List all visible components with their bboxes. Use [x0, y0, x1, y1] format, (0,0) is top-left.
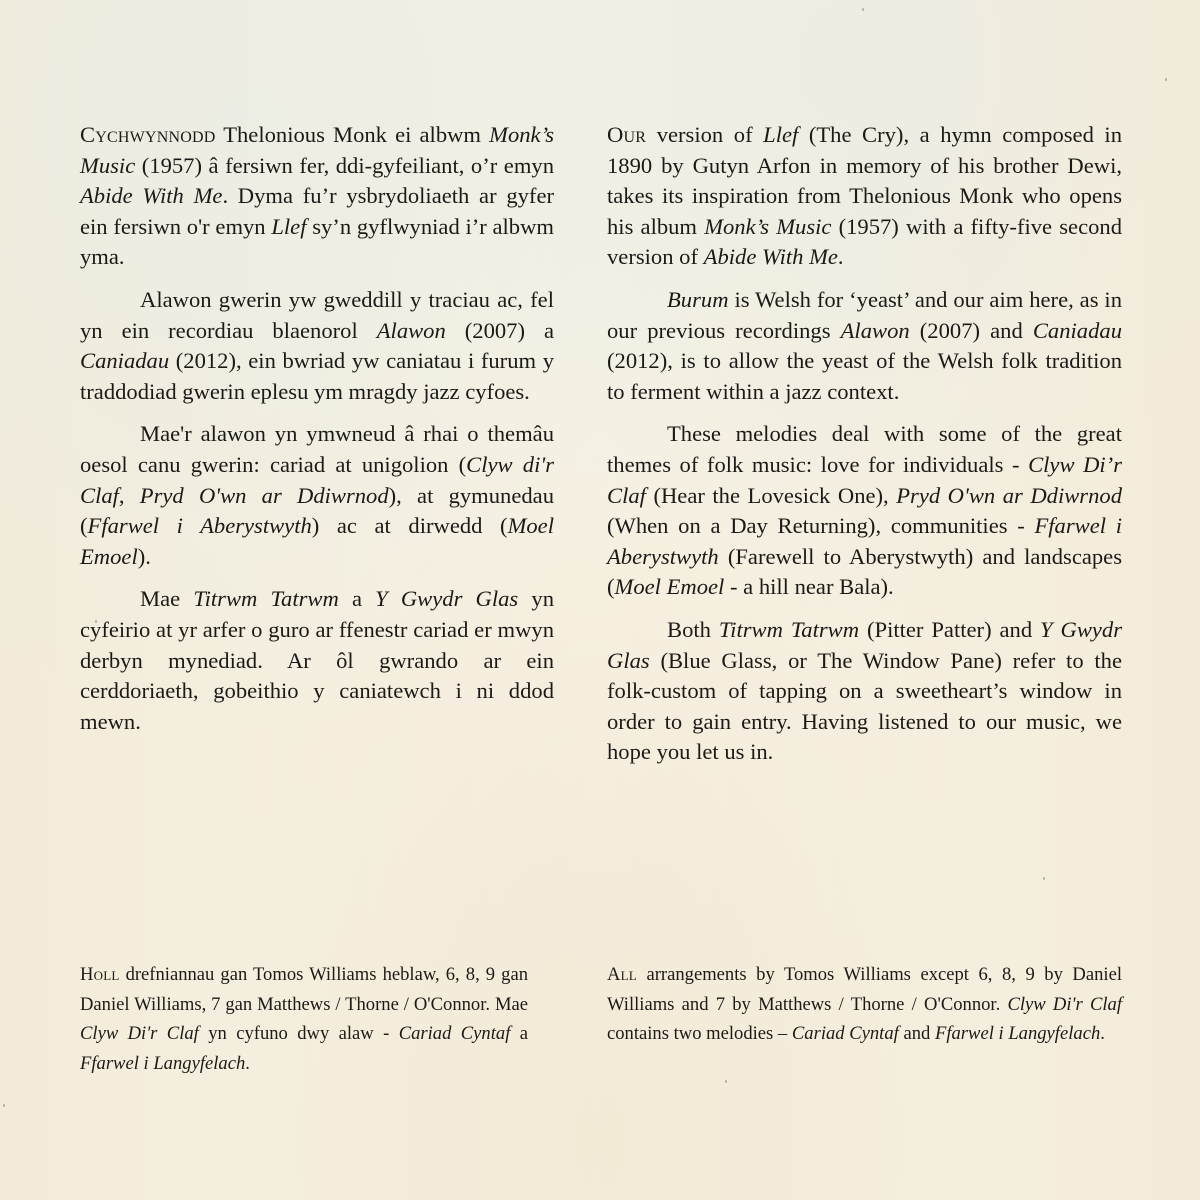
title-italic: Clyw Di'r Claf: [80, 1023, 199, 1044]
english-paragraph-1: Our version of Llef (The Cry), a hymn co…: [607, 120, 1122, 273]
english-credits-text: All arrangements by Tomos Williams excep…: [607, 960, 1122, 1049]
lead-in-small-caps: Our: [607, 122, 646, 147]
title-italic: Y Gwydr Glas: [375, 586, 518, 611]
paper-speck: [3, 1104, 5, 1107]
title-italic: Titrwm Tatrwm: [193, 586, 338, 611]
title-italic: Ffarwel i Langyfelach: [935, 1023, 1100, 1044]
title-italic: Ffarwel i Aberystwyth: [88, 513, 312, 538]
title-italic: Pryd O'wn ar Ddiwrnod: [140, 483, 389, 508]
title-italic: Alawon: [377, 318, 446, 343]
welsh-paragraph-2: Alawon gwerin yw gweddill y traciau ac, …: [80, 285, 554, 407]
title-italic: Caniadau: [80, 348, 169, 373]
title-italic: Cariad Cyntaf: [399, 1023, 511, 1044]
lead-in-small-caps: All: [607, 964, 637, 985]
title-italic: Moel Emoel: [615, 574, 725, 599]
paper-speck: [1165, 78, 1167, 81]
welsh-paragraph-4: Mae Titrwm Tatrwm a Y Gwydr Glas yn cyfe…: [80, 584, 554, 737]
title-italic: Ffarwel i Langyfelach: [80, 1053, 245, 1074]
title-italic: Abide With Me: [704, 244, 838, 269]
english-liner-notes: Our version of Llef (The Cry), a hymn co…: [607, 120, 1122, 780]
title-italic: Ffarwel i Aberystwyth: [607, 513, 1122, 569]
title-italic: Llef: [763, 122, 798, 147]
paper-speck: [725, 1080, 727, 1083]
title-italic: Monk’s Music: [704, 214, 831, 239]
title-italic: Titrwm Tatrwm: [719, 617, 859, 642]
title-italic: Burum: [667, 287, 729, 312]
english-credits: All arrangements by Tomos Williams excep…: [607, 960, 1122, 1061]
title-italic: Abide With Me: [80, 183, 222, 208]
english-paragraph-3: These melodies deal with some of the gre…: [607, 419, 1122, 603]
title-italic: Alawon: [841, 318, 910, 343]
paper-speck: [862, 8, 864, 11]
title-italic: Llef: [271, 214, 306, 239]
welsh-credits-text: Holl drefniannau gan Tomos Williams hebl…: [80, 960, 528, 1078]
title-italic: Pryd O'wn ar Ddiwrnod: [896, 483, 1122, 508]
welsh-paragraph-3: Mae'r alawon yn ymwneud â rhai o themâu …: [80, 419, 554, 572]
paper-speck: [1043, 877, 1045, 880]
lead-in-small-caps: Cychwynnodd: [80, 122, 215, 147]
title-italic: Clyw Di'r Claf: [1007, 994, 1122, 1015]
welsh-credits: Holl drefniannau gan Tomos Williams hebl…: [80, 960, 528, 1090]
welsh-paragraph-1: Cychwynnodd Thelonious Monk ei albwm Mon…: [80, 120, 554, 273]
lead-in-small-caps: Holl: [80, 964, 120, 985]
welsh-liner-notes: Cychwynnodd Thelonious Monk ei albwm Mon…: [80, 120, 554, 749]
english-paragraph-4: Both Titrwm Tatrwm (Pitter Patter) and Y…: [607, 615, 1122, 768]
title-italic: Cariad Cyntaf: [792, 1023, 899, 1044]
title-italic: Y Gwydr Glas: [607, 617, 1122, 673]
title-italic: Caniadau: [1033, 318, 1122, 343]
english-paragraph-2: Burum is Welsh for ‘yeast’ and our aim h…: [607, 285, 1122, 407]
paper-speck: [95, 620, 97, 623]
